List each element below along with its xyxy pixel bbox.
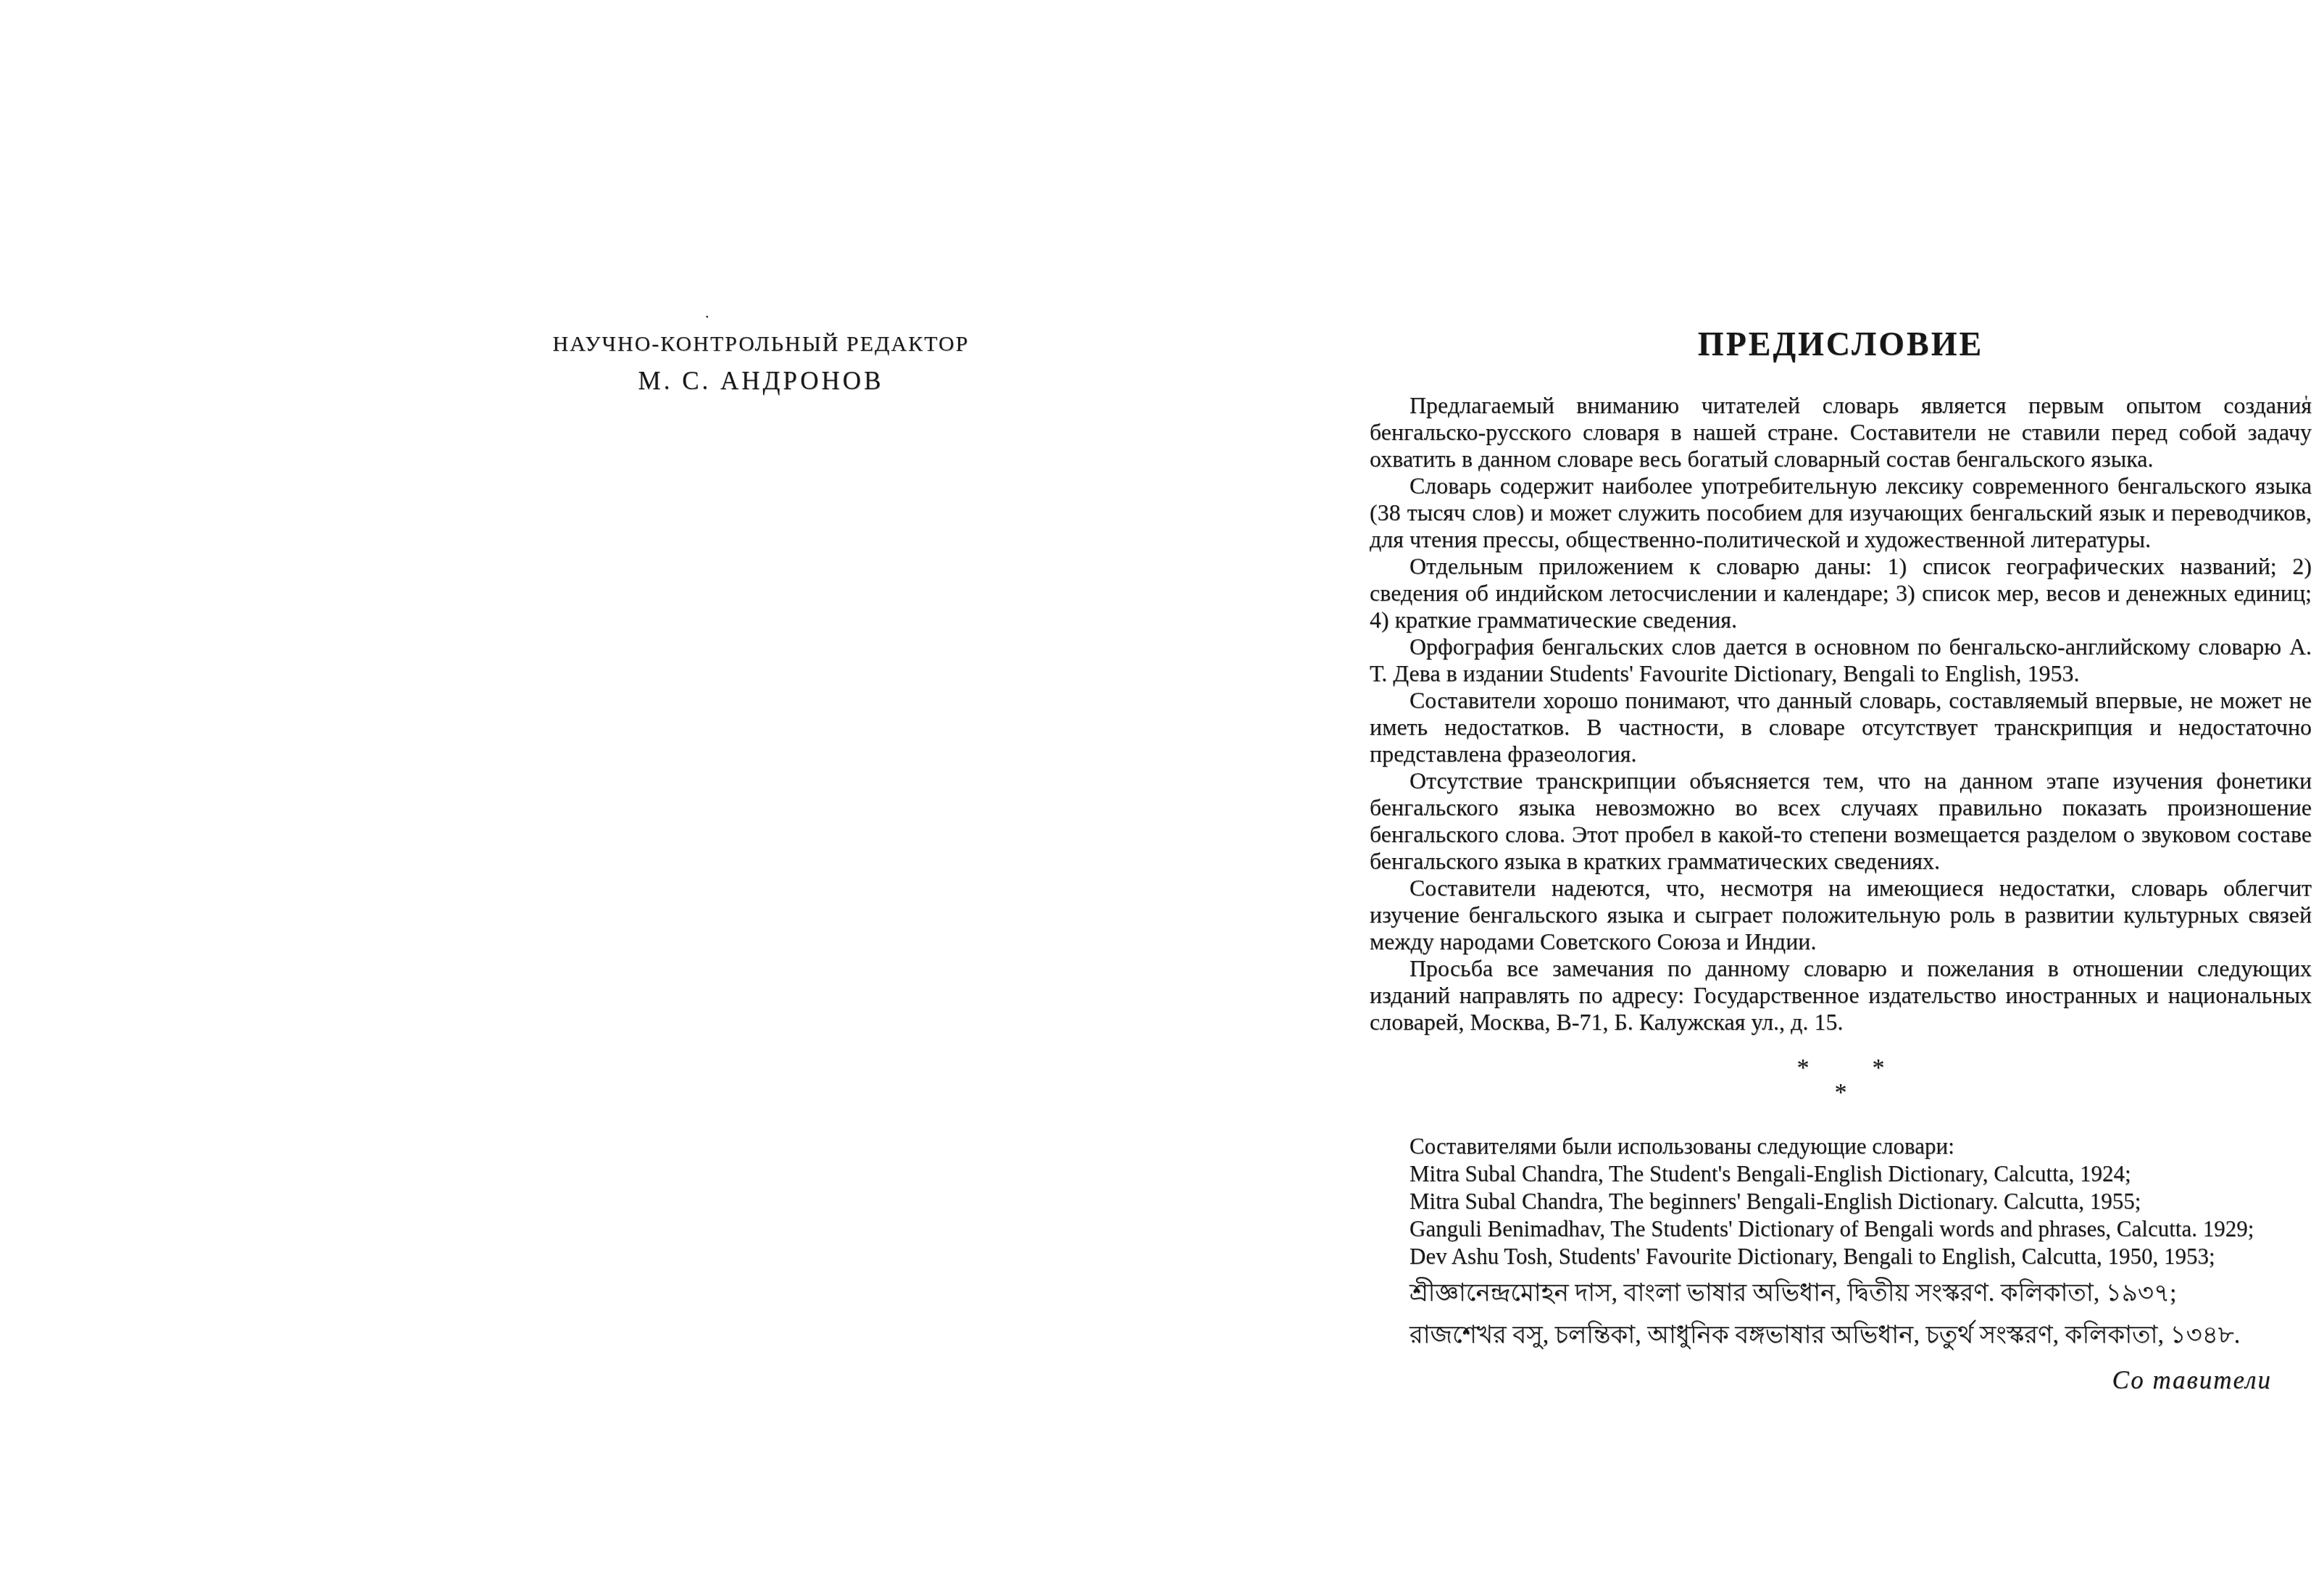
scan-artifact-dot: · xyxy=(704,313,709,320)
preface-paragraph: Предлагаемый вниманию читателей словарь … xyxy=(1370,392,2312,472)
bibliography-intro: Составителями были использованы следующи… xyxy=(1370,1133,2312,1160)
scanned-book-page: · ' НАУЧНО-КОНТРОЛЬНЫЙ РЕДАКТОР М. С. АН… xyxy=(0,0,2324,1574)
star-separator-top-row: * * xyxy=(1370,1057,2312,1079)
page-title: ПРЕДИСЛОВИЕ xyxy=(1370,325,2312,363)
bibliography-entry: Mitra Subal Chandra, The beginners' Beng… xyxy=(1370,1188,2312,1215)
star-separator-bottom-row: * xyxy=(1370,1082,2312,1104)
bibliography-section: Составителями были использованы следующи… xyxy=(1370,1133,2312,1354)
bibliography-entry: Dev Ashu Tosh, Students' Favourite Dicti… xyxy=(1370,1243,2312,1270)
preface-paragraph: Отсутствие транскрипции объясняется тем,… xyxy=(1370,767,2312,875)
star-glyph: * xyxy=(1835,1079,1847,1106)
preface-paragraph: Отдельным приложением к словарю даны: 1)… xyxy=(1370,553,2312,633)
star-glyph: * xyxy=(1797,1054,1809,1081)
bibliography-entry: Ganguli Benimadhav, The Students' Dictio… xyxy=(1370,1215,2312,1243)
preface-paragraph: Составители хорошо понимают, что данный … xyxy=(1370,687,2312,767)
star-separator: * * * xyxy=(1370,1057,2312,1104)
bibliography-entry-bengali: রাজশেখর বসু, চলন্তিকা, আধুনিক বঙ্গভাষার … xyxy=(1370,1317,2312,1354)
compilers-signature: Со тавители xyxy=(1370,1366,2312,1395)
bibliography-entry: Mitra Subal Chandra, The Student's Benga… xyxy=(1370,1160,2312,1188)
preface-paragraph: Просьба все замечания по данному словарю… xyxy=(1370,955,2312,1036)
preface-paragraph: Орфография бенгальских слов дается в осн… xyxy=(1370,633,2312,687)
preface-column: ПРЕДИСЛОВИЕ Предлагаемый вниманию читате… xyxy=(1370,325,2312,1395)
preface-paragraph: Составители надеются, что, несмотря на и… xyxy=(1370,875,2312,955)
bibliography-entry-bengali: শ্রীজ্ঞানেন্দ্রমোহন দাস, বাংলা ভাষার অভি… xyxy=(1370,1275,2312,1312)
editor-credit-block: НАУЧНО-КОНТРОЛЬНЫЙ РЕДАКТОР М. С. АНДРОН… xyxy=(500,332,1022,396)
preface-paragraph: Словарь содержит наиболее употребительну… xyxy=(1370,472,2312,553)
star-glyph: * xyxy=(1873,1054,1885,1081)
editor-name: М. С. АНДРОНОВ xyxy=(500,367,1022,396)
editor-role-label: НАУЧНО-КОНТРОЛЬНЫЙ РЕДАКТОР xyxy=(500,332,1022,357)
